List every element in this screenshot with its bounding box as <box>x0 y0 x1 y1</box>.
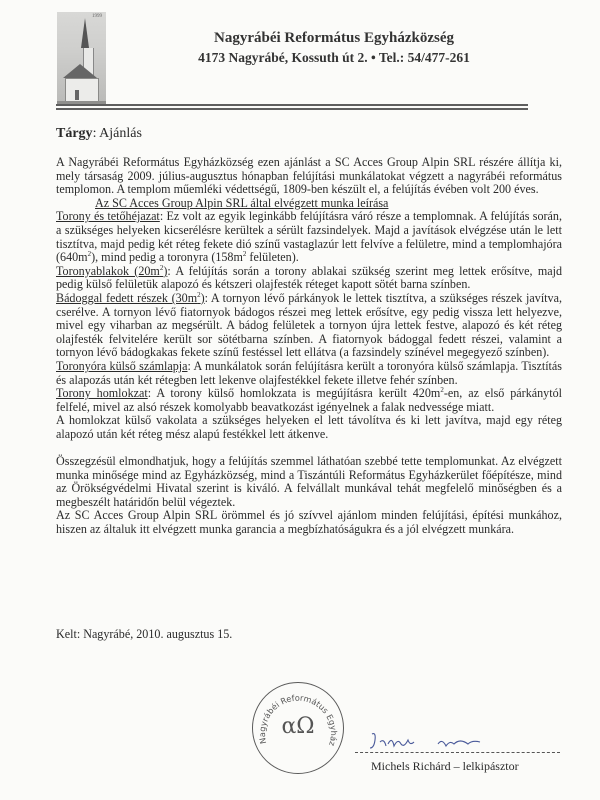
church-roof-shape <box>63 64 97 78</box>
header-divider-top <box>56 104 528 106</box>
letter-page: 1999 Nagyrábéi Református Egyházközség 4… <box>0 0 600 800</box>
section-title: Toronyablakok (20m2) <box>56 264 167 278</box>
alpha-omega-symbol: αΩ <box>253 714 343 739</box>
section-clock-face: Toronyóra külső számlapja: A munkálatok … <box>56 360 562 387</box>
recommendation-paragraph: Az SC Acces Group Alpin SRL örömmel és j… <box>56 509 562 536</box>
work-description-heading: Az SC Acces Group Alpin SRL által elvégz… <box>56 197 562 211</box>
paragraph-gap <box>56 441 562 455</box>
summary-paragraph: Összegzésül elmondhatjuk, hogy a felújít… <box>56 455 562 509</box>
letter-body: A Nagyrábéi Református Egyházközség ezen… <box>56 156 562 537</box>
facade-extra-paragraph: A homlokzat külső vakolata a szükséges h… <box>56 414 562 441</box>
section-tin-covered-parts: Bádoggal fedett részek (30m2): A tornyon… <box>56 292 562 360</box>
signer-name: Michels Richárd – lelkipásztor <box>371 759 519 774</box>
logo-year: 1999 <box>92 14 102 19</box>
section-tower-windows: Toronyablakok (20m2): A felújítás során … <box>56 265 562 292</box>
organization-name: Nagyrábéi Református Egyházközség <box>0 30 600 47</box>
intro-paragraph: A Nagyrábéi Református Egyházközség ezen… <box>56 156 562 197</box>
signature-line <box>355 752 560 753</box>
official-stamp: Nagyrábéi Református Egyházközség αΩ <box>252 682 344 774</box>
header-divider-bottom <box>56 108 528 110</box>
church-nave-shape <box>65 78 99 102</box>
subject-label: Tárgy <box>56 126 93 141</box>
subject-line: Tárgy: Ajánlás <box>56 126 142 142</box>
section-title: Toronyóra külső számlapja <box>56 359 187 373</box>
section-tower-facade: Torony homlokzat: A torony külső homlokz… <box>56 387 562 414</box>
organization-address: 4173 Nagyrábé, Kossuth út 2. • Tel.: 54/… <box>0 50 600 66</box>
church-door-shape <box>75 90 79 100</box>
section-tower-roof: Torony és tetőhéjazat: Ez volt az egyik … <box>56 210 562 264</box>
subject-value: Ajánlás <box>96 126 142 141</box>
section-title: Torony és tetőhéjazat <box>56 209 160 223</box>
handwritten-signature <box>368 730 488 754</box>
date-line: Kelt: Nagyrábé, 2010. augusztus 15. <box>56 627 232 642</box>
section-title: Bádoggal fedett részek (30m2) <box>56 291 205 305</box>
section-title: Torony homlokzat <box>56 386 148 400</box>
